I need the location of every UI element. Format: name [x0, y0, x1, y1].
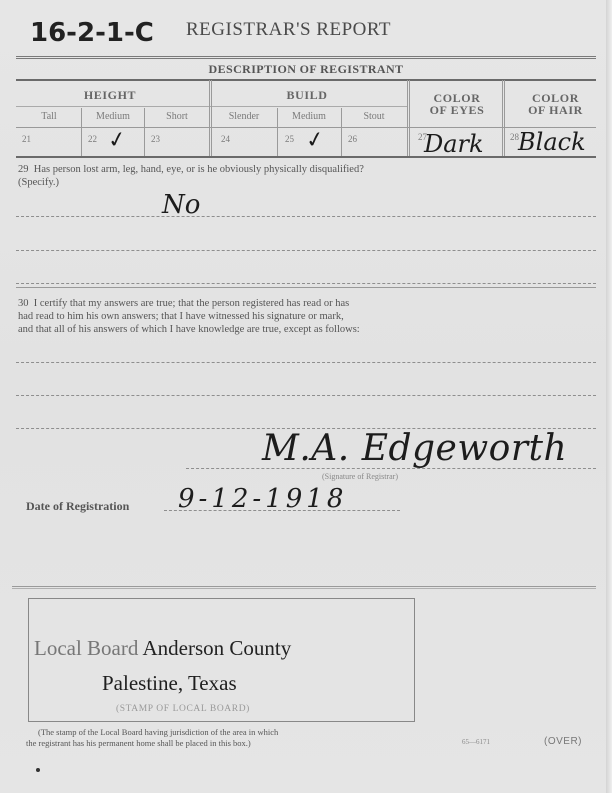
- field-number: 21: [22, 134, 31, 144]
- question-30-line2: had read to him his own answers; that I …: [18, 310, 603, 323]
- divider: [16, 106, 408, 107]
- answer-line: [16, 250, 596, 251]
- footnote-line: the registrant has his permanent home sh…: [26, 738, 278, 749]
- build-medium-label: Medium: [278, 111, 340, 122]
- signature-caption: (Signature of Registrar): [322, 472, 398, 481]
- question-29-line2: (Specify.): [18, 176, 598, 189]
- divider: [12, 586, 596, 587]
- page-title: REGISTRAR'S REPORT: [186, 19, 391, 41]
- date-of-registration-value[interactable]: 9-12-1918: [178, 484, 347, 514]
- header-line: OF EYES: [412, 104, 502, 116]
- question-number: 30: [18, 298, 29, 309]
- answer-line: [16, 395, 596, 396]
- form-number: 65—6171: [462, 738, 490, 746]
- divider: [16, 58, 596, 59]
- field-number: 25: [285, 134, 294, 144]
- height-medium-checkmark[interactable]: ✓: [106, 127, 128, 155]
- question-number: 29: [18, 164, 29, 175]
- question-30: 30 I certify that my answers are true; t…: [18, 297, 603, 336]
- question-30-line3: and that all of his answers of which I h…: [18, 323, 603, 336]
- hair-color-value[interactable]: Black: [518, 128, 586, 156]
- field-number: 24: [221, 134, 230, 144]
- draft-card-back: 16-2-1-C REGISTRAR'S REPORT DESCRIPTION …: [0, 0, 612, 793]
- color-of-hair-header: COLOR OF HAIR: [508, 92, 603, 116]
- stamp-caption: (STAMP OF LOCAL BOARD): [116, 704, 250, 714]
- stamp-text-county: Anderson County: [142, 636, 291, 660]
- divider: [16, 56, 596, 57]
- build-stout-label: Stout: [342, 111, 406, 122]
- divider: [12, 588, 596, 589]
- answer-line: [16, 283, 596, 284]
- table-top-border: [16, 79, 596, 81]
- stamp-line-2: Palestine, Texas: [102, 671, 237, 696]
- height-short-label: Short: [146, 111, 208, 122]
- field-number: 22: [88, 134, 97, 144]
- question-text: I certify that my answers are true; that…: [34, 298, 349, 309]
- height-medium-label: Medium: [82, 111, 144, 122]
- divider: [144, 108, 145, 156]
- ink-dot: [36, 768, 40, 772]
- build-header: BUILD: [212, 88, 402, 103]
- footnote-line: (The stamp of the Local Board having jur…: [26, 727, 278, 738]
- serial-number-handwritten: 16-2-1-C: [30, 18, 154, 48]
- section-subtitle: DESCRIPTION OF REGISTRANT: [0, 62, 612, 77]
- divider: [16, 287, 596, 288]
- build-slender-label: Slender: [212, 111, 276, 122]
- height-tall-label: Tall: [18, 111, 80, 122]
- signature-line: [186, 468, 596, 469]
- registrar-signature[interactable]: M.A. Edgeworth: [262, 428, 567, 469]
- header-line: OF HAIR: [508, 104, 603, 116]
- over-label: (OVER): [544, 736, 582, 747]
- question-text: Has person lost arm, leg, hand, eye, or …: [34, 164, 364, 175]
- color-of-eyes-header: COLOR OF EYES: [412, 92, 502, 116]
- question-29-line1: 29 Has person lost arm, leg, hand, eye, …: [18, 163, 598, 176]
- question-29: 29 Has person lost arm, leg, hand, eye, …: [18, 163, 598, 189]
- height-header: HEIGHT: [20, 88, 200, 103]
- stamp-text-faded: Local Board: [34, 636, 138, 660]
- eye-color-value[interactable]: Dark: [424, 130, 484, 158]
- stamp-line-1: Local Board Anderson County: [34, 636, 291, 661]
- field-number: 26: [348, 134, 357, 144]
- divider: [407, 80, 410, 156]
- build-medium-checkmark[interactable]: ✓: [304, 127, 326, 155]
- divider: [16, 127, 596, 128]
- date-of-registration-label: Date of Registration: [26, 499, 129, 514]
- answer-line: [16, 362, 596, 363]
- table-bottom-border: [16, 156, 596, 158]
- question-30-line1: 30 I certify that my answers are true; t…: [18, 297, 603, 310]
- answer-line: [16, 216, 596, 217]
- divider: [502, 80, 505, 156]
- stamp-footnote: (The stamp of the Local Board having jur…: [26, 727, 278, 749]
- page-edge: [606, 0, 612, 793]
- field-number: 23: [151, 134, 160, 144]
